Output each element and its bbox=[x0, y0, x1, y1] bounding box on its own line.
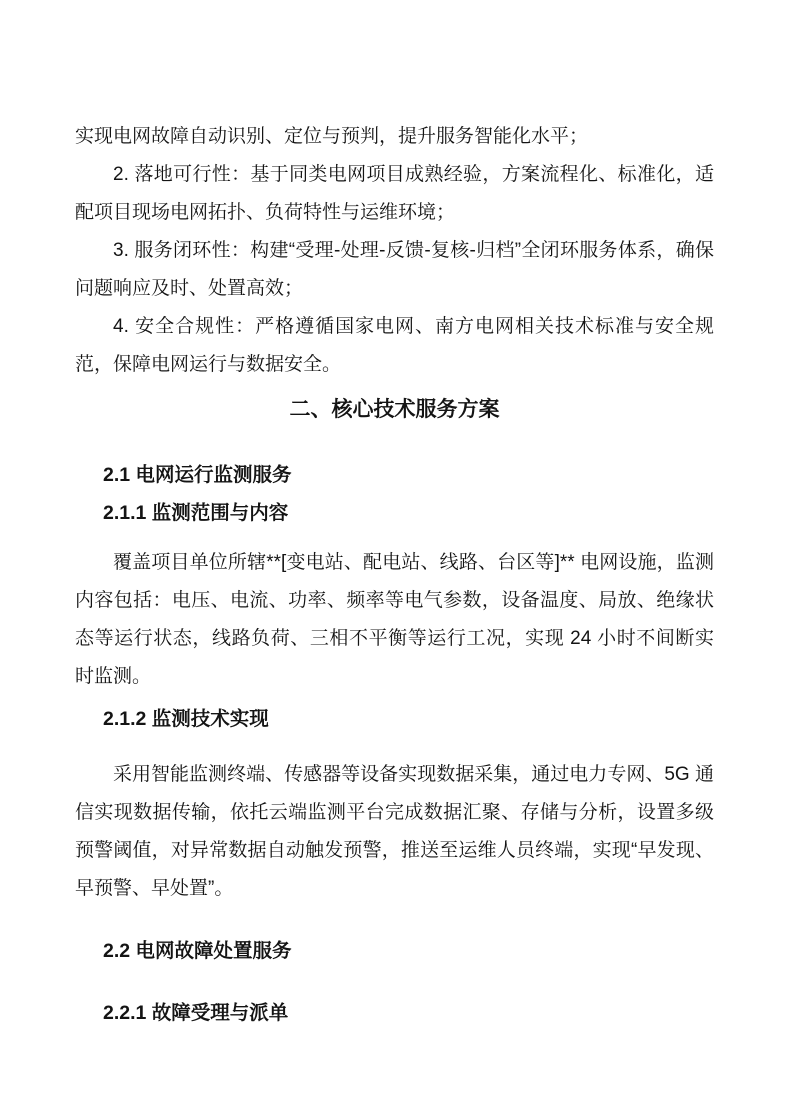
numbered-item-2: 2. 落地可行性：基于同类电网项目成熟经验，方案流程化、标准化，适配项目现场电网… bbox=[75, 156, 714, 232]
numbered-item-4: 4. 安全合规性：严格遵循国家电网、南方电网相关技术标准与安全规范，保障电网运行… bbox=[75, 308, 714, 384]
section-heading-2-1: 2.1 电网运行监测服务 bbox=[75, 456, 714, 494]
subsection-heading-2-1-1: 2.1.1 监测范围与内容 bbox=[75, 494, 714, 532]
section-heading-2-2: 2.2 电网故障处置服务 bbox=[75, 932, 714, 970]
subsection-heading-2-1-2: 2.1.2 监测技术实现 bbox=[75, 700, 714, 738]
subsection-heading-2-2-1: 2.2.1 故障受理与派单 bbox=[75, 994, 714, 1032]
paragraph-2-1-1: 覆盖项目单位所辖**[变电站、配电站、线路、台区等]** 电网设施，监测内容包括… bbox=[75, 544, 714, 696]
document-page: 实现电网故障自动识别、定位与预判，提升服务智能化水平； 2. 落地可行性：基于同… bbox=[0, 0, 789, 1118]
chapter-heading: 二、核心技术服务方案 bbox=[75, 388, 714, 432]
paragraph-continuation: 实现电网故障自动识别、定位与预判，提升服务智能化水平； bbox=[75, 118, 714, 156]
paragraph-2-1-2: 采用智能监测终端、传感器等设备实现数据采集，通过电力专网、5G 通信实现数据传输… bbox=[75, 756, 714, 908]
numbered-item-3: 3. 服务闭环性：构建“受理-处理-反馈-复核-归档”全闭环服务体系，确保问题响… bbox=[75, 232, 714, 308]
